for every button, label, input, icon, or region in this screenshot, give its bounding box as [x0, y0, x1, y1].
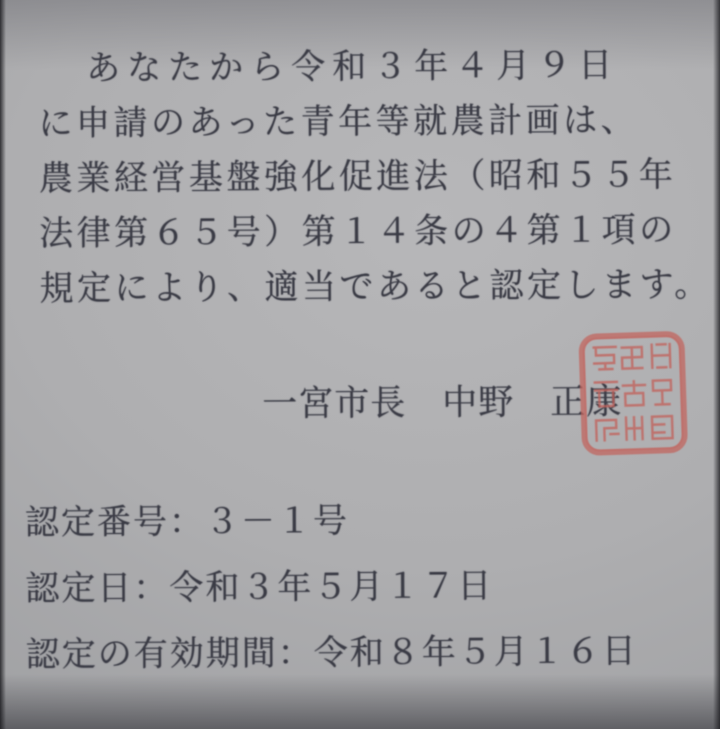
- mayor-seal-stamp: [576, 329, 690, 458]
- body-line: に申請のあった青年等就農計画は、: [38, 93, 698, 152]
- signature-line: 一宮市長 中野 正康: [262, 378, 622, 428]
- field-certification-date: 認定日：令和３年５月１７日: [25, 553, 705, 623]
- seal-glyphs-icon: [576, 329, 690, 458]
- field-certification-number: 認定番号：３－１号: [25, 487, 705, 557]
- certificate-body: あなたから令和３年４月９日 に申請のあった青年等就農計画は、 農業経営基盤強化促…: [38, 38, 700, 317]
- body-line: 規定により、適当であると認定します。: [39, 258, 699, 317]
- document-photo: あなたから令和３年４月９日 に申請のあった青年等就農計画は、 農業経営基盤強化促…: [0, 0, 720, 729]
- body-line: 法律第６５号）第１４条の４第１項の: [39, 203, 699, 262]
- certificate-page: あなたから令和３年４月９日 に申請のあった青年等就農計画は、 農業経営基盤強化促…: [0, 0, 720, 729]
- body-line: あなたから令和３年４月９日: [38, 38, 698, 97]
- body-line: 農業経営基盤強化促進法（昭和５５年: [39, 148, 699, 207]
- field-valid-period: 認定の有効期間：令和８年５月１６日: [26, 619, 706, 689]
- certificate-fields: 認定番号：３－１号 認定日：令和３年５月１７日 認定の有効期間：令和８年５月１６…: [25, 487, 706, 689]
